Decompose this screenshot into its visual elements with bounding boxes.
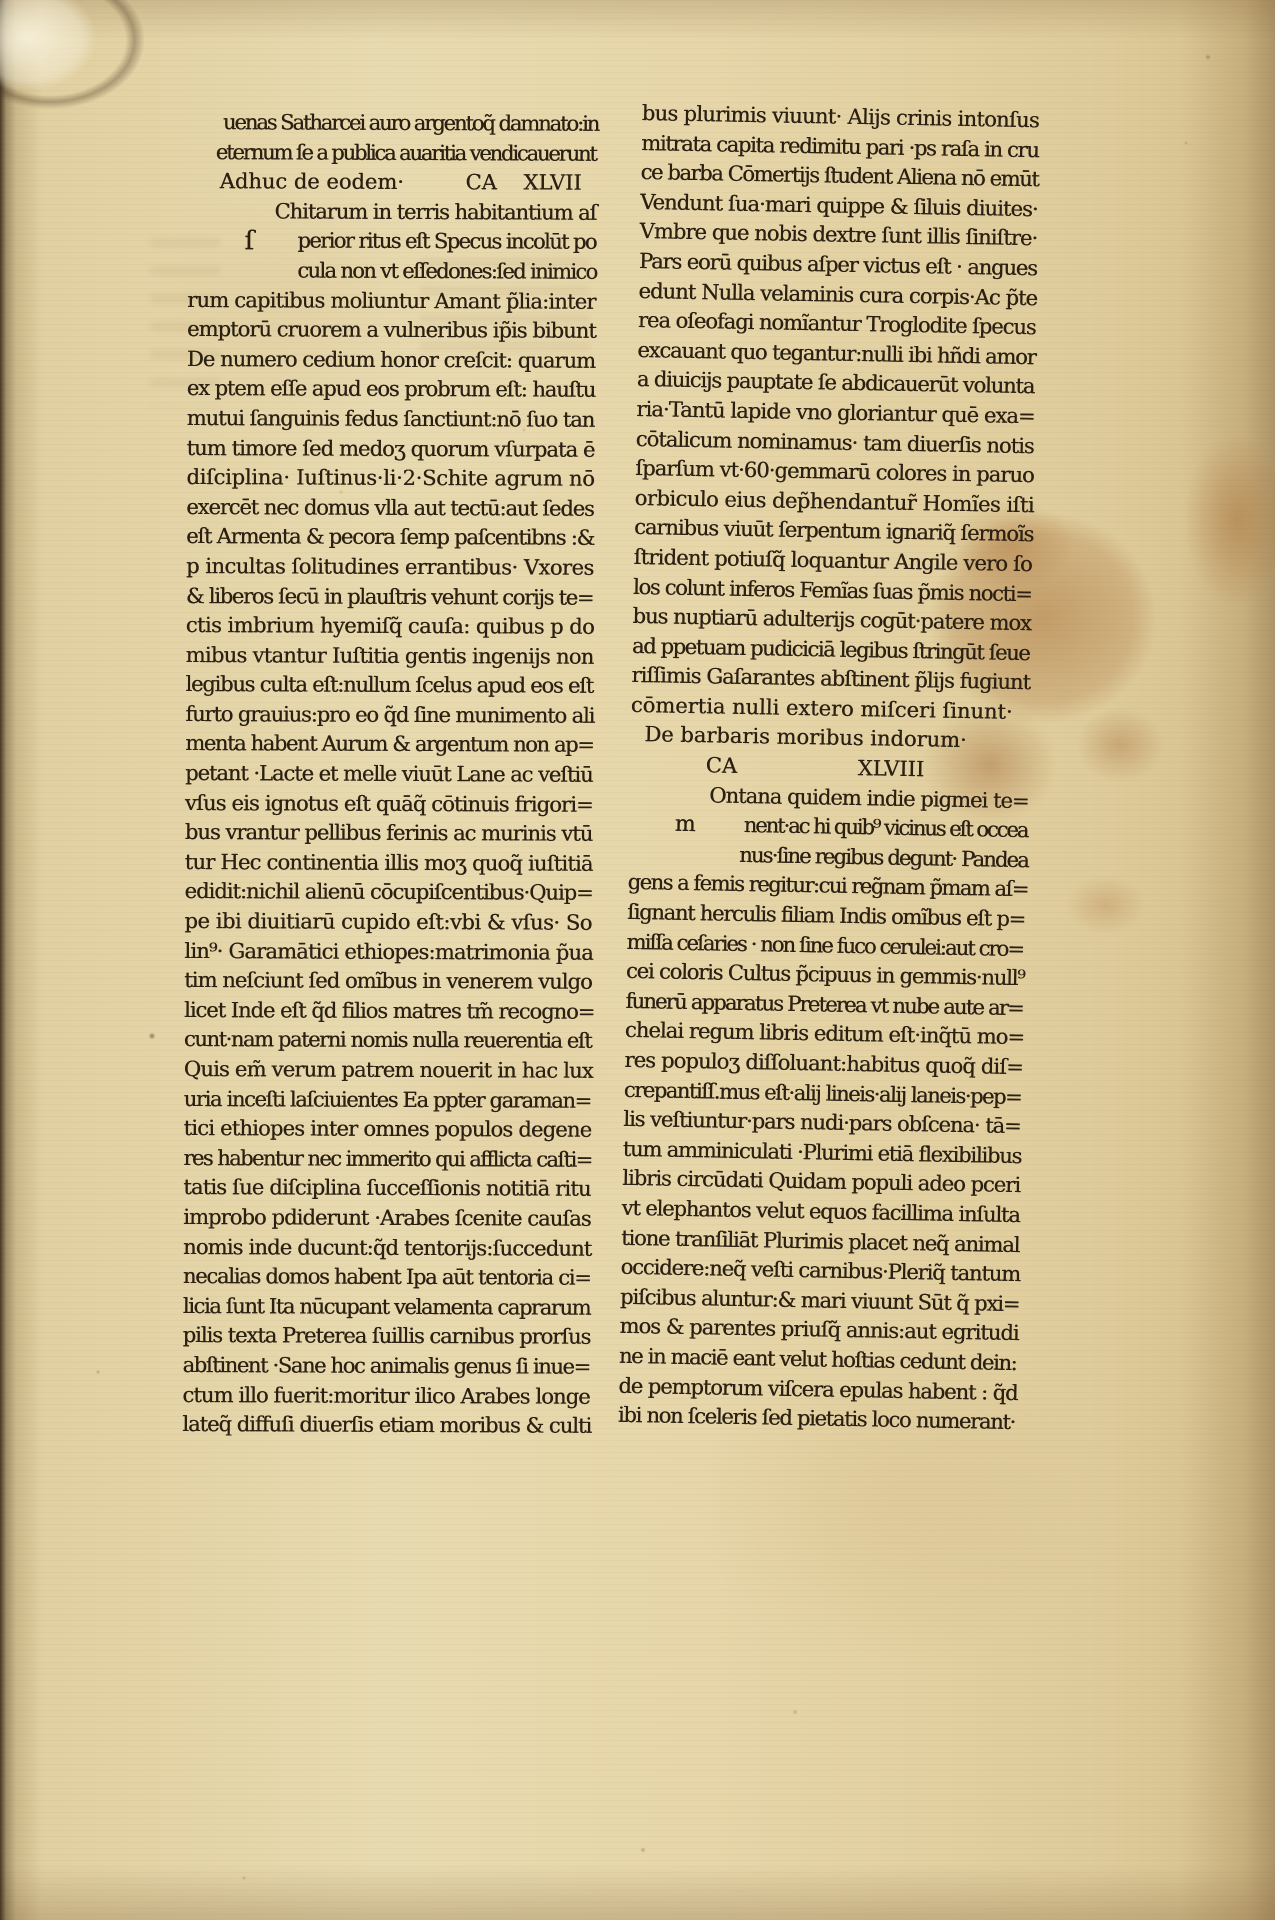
chapter-47-heading: Adhuc de eodem· CA XLVII [188,167,602,198]
chapter-47-opening-line: Chitarum in terris habitantium aſ [274,197,601,228]
text-line: tatis ſue diſciplina ſucceſſionis notiti… [183,1173,597,1204]
text-line: ibi non ſceleris ſed pietatis loco numer… [618,1401,1022,1438]
drop-cap-guide-letter-s: ſ [244,228,254,258]
text-line: pilis texta Preterea ſuillis carnibus pr… [183,1321,597,1352]
text-line: ex ptem eſſe apud eos probrum eſt: hauſt… [187,374,601,405]
text-line: abſtinent ·Sane hoc animalis genus ſi in… [182,1351,596,1382]
text-line: furto grauius:pro eo q̃d ſine munimento … [185,700,599,731]
text-line: mutui ſanguinis fedus ſanctiunt:nō ſuo t… [187,404,601,435]
drop-cap-guide-letter-m: m [674,810,695,840]
text-line: nomis inde ducunt:q̃d tentorijs:ſuccedun… [183,1233,597,1264]
text-line: lin⁹· Garamātici ethiopes:matrimonia p̃u… [184,937,598,968]
text-line: cunt·nam paterni nomis nulla reuerentia … [184,1025,598,1056]
text-line: diſciplina· Iuſtinus·li·2·Schite agrum n… [186,463,600,494]
text-line: uria inceſti laſciuientes Ea ppter garam… [184,1085,598,1116]
text-line: ſ perior ritus eſt Specus incolūt po [187,226,601,257]
text-line: ctum illo fuerit:moritur ilico Arabes lo… [182,1381,596,1412]
chapter-48-numeral: XLVIII [857,756,924,781]
text-line: tim neſciunt ſed omĩbus in venerem vulgo [184,966,598,997]
right-column-body-top: bus plurimis viuunt· Alijs crinis intonſ… [631,99,1046,728]
chapter-47-number: CA XLVII [465,170,581,195]
text-line: rum capitibus moliuntur Amant p̃lia:inte… [187,286,601,317]
text-line: improbo pdiderunt ·Arabes ſcenite cauſas [183,1203,597,1234]
left-column-body: rum capitibus moliuntur Amant p̃lia:inte… [182,286,601,1442]
text-line: cula non vt eſſedones:ſed inimico [187,256,601,287]
text-line: lateq̃ diffuſi diuerſis etiam moribus & … [182,1410,596,1441]
right-column-body-bottom: gens a femis regitur:cui reg̃nam p̃mam a… [618,868,1032,1438]
text-line: De numero cedium honor creſcit: quarum [187,345,601,376]
chapter-48-label: CA [706,753,738,778]
text-line: perior ritus eſt Specus incolūt po [297,227,601,258]
text-line: tici ethiopes inter omnes populos degene [183,1114,597,1145]
text-line: & liberos ſecū in plauſtris vehunt corij… [186,581,600,612]
text-line: eſt Armenta & pecora ſemp paſcentibns :& [186,522,600,553]
text-line: mibus vtantur Iuſtitia gentis ingenijs n… [186,641,600,672]
text-line: tur Hec continentia illis moʒ quoq̃ iuſt… [185,848,599,879]
text-line: uenas Satharcei auro argentoq̃ damnato:i… [223,108,602,139]
text-line: ctis imbrium hyemiſq̃ cauſa: quibus p do [186,611,600,642]
text-line: necalias domos habent Ipa aūt tentoria c… [183,1262,597,1293]
text-line: cula non vt eſſedones:ſed inimico [297,256,601,287]
text-line: tum timore ſed medoʒ quorum vſurpata ē [186,434,600,465]
text-line: pe ibi diuitiarū cupido eſt:vbi & vſus· … [184,907,598,938]
text-line: nent·ac hi quib⁹ vicinus eſt occea [743,811,1032,846]
text-line: bus vrantur pellibus ferinis ac murinis … [185,818,599,849]
text-line: vſus eis ignotus eſt quāq̃ cōtinuis frig… [185,789,599,820]
right-text-column: bus plurimis viuunt· Alijs crinis intonſ… [618,99,1046,1438]
text-line: Quis em̃ verum patrem nouerit in hac lux [184,1055,598,1086]
text-line: legibus culta eſt:nullum ſcelus apud eos… [185,670,599,701]
incunabulum-page-scan: uenas Satharcei auro argentoq̃ damnato:i… [0,0,1275,1920]
text-line: menta habent Aurum & argentum non ap= [185,729,599,760]
text-line: p incultas ſolitudines errantibus· Vxore… [186,552,600,583]
text-line: petant ·Lacte et melle viuūt Lane ac veſ… [185,759,599,790]
chapter-47-heading-phrase: Adhuc de eodem· [220,169,404,194]
text-line: exercēt nec domus vlla aut tectū:aut ſed… [186,493,600,524]
text-line: licet Inde eſt q̃d filios matres tm̃ rec… [184,996,598,1027]
text-line: emptorū cruorem a vulneribus ip̃is bibun… [187,315,601,346]
chapter-48-heading: CA XLVIII [630,750,1034,787]
left-text-column: uenas Satharcei auro argentoq̃ damnato:i… [182,108,602,1442]
text-line: eternum ſe a publica auaritia vendicauer… [216,138,602,169]
text-line: res habentur nec immerito qui afflicta c… [183,1144,597,1175]
text-line: edidit:nichil alienū cōcupiſcentibus·Qui… [185,877,599,908]
text-line: licia ſunt Ita nūcupant velamenta caprar… [183,1292,597,1323]
